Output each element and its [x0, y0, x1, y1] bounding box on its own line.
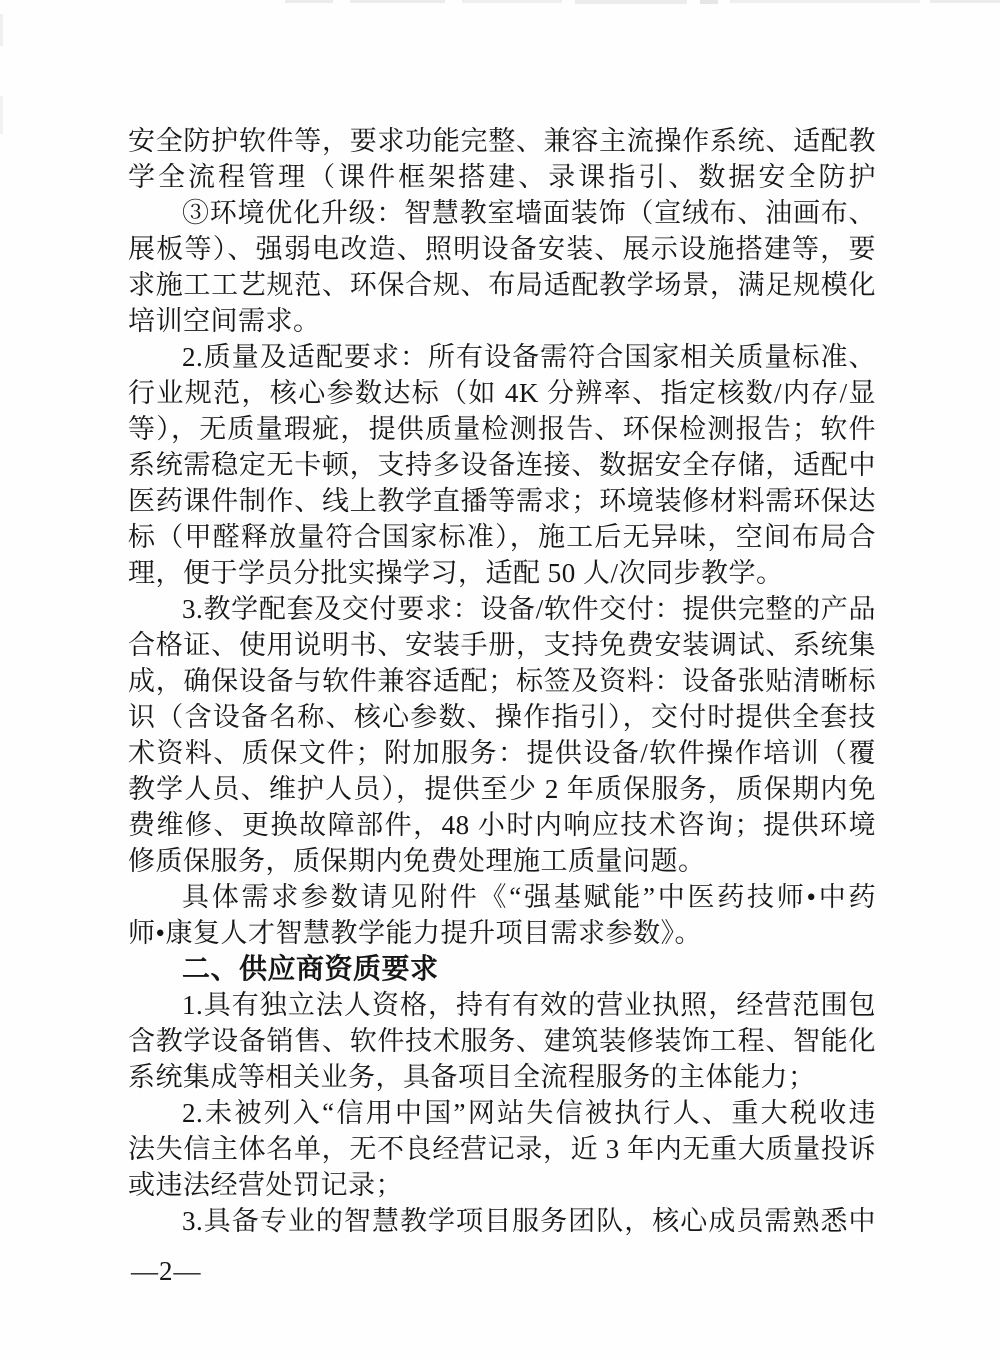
paragraph: 安全防护软件等，要求功能完整、兼容主流操作系统、适配教学全流程管理（课件框架搭建… — [128, 123, 876, 195]
text-line: 学全流程管理（课件框架搭建、录课指引、数据安全防护等）。 — [128, 159, 876, 195]
paragraph: ③环境优化升级：智慧教室墙面装饰（宣绒布、油画布、展板等）、强弱电改造、照明设备… — [128, 195, 876, 339]
text-line: 2.质量及适配要求：所有设备需符合国家相关质量标准、 — [128, 339, 876, 375]
scan-artifact — [0, 96, 3, 134]
scan-artifact — [930, 0, 1000, 3]
scan-artifact — [730, 0, 920, 3]
text-line: 医药课件制作、线上教学直播等需求；环境装修材料需环保达 — [128, 483, 876, 519]
text-line: 术资料、质保文件；附加服务：提供设备/软件操作培训（覆盖 — [128, 735, 876, 771]
text-line: 二、供应商资质要求 — [128, 951, 876, 987]
text-line: 求施工工艺规范、环保合规、布局适配教学场景，满足规模化 — [128, 267, 876, 303]
paragraph: 具体需求参数请见附件《“强基赋能”中医药技师•中药师•康复人才智慧教学能力提升项… — [128, 879, 876, 951]
text-line: 师•康复人才智慧教学能力提升项目需求参数》。 — [128, 915, 876, 951]
scan-artifact — [285, 0, 333, 3]
scan-artifact — [700, 0, 718, 4]
text-line: 系统集成等相关业务，具备项目全流程服务的主体能力； — [128, 1059, 876, 1095]
paragraph: 2.未被列入“信用中国”网站失信被执行人、重大税收违法失信主体名单，无不良经营记… — [128, 1095, 876, 1203]
text-line: 教学人员、维护人员），提供至少 2 年质保服务，质保期内免 — [128, 771, 876, 807]
text-line: 法失信主体名单，无不良经营记录，近 3 年内无重大质量投诉 — [128, 1131, 876, 1167]
scan-artifact — [0, 14, 3, 46]
text-line: 安全防护软件等，要求功能完整、兼容主流操作系统、适配教 — [128, 123, 876, 159]
text-line: 具体需求参数请见附件《“强基赋能”中医药技师•中药 — [128, 879, 876, 915]
text-line: 培训空间需求。 — [128, 303, 876, 339]
document-page: 安全防护软件等，要求功能完整、兼容主流操作系统、适配教学全流程管理（课件框架搭建… — [0, 0, 1000, 1361]
text-line: 成，确保设备与软件兼容适配；标签及资料：设备张贴清晰标 — [128, 663, 876, 699]
text-line: ③环境优化升级：智慧教室墙面装饰（宣绒布、油画布、 — [128, 195, 876, 231]
paragraph: 1.具有独立法人资格，持有有效的营业执照，经营范围包含教学设备销售、软件技术服务… — [128, 987, 876, 1095]
text-line: 费维修、更换故障部件，48 小时内响应技术咨询；提供环境装 — [128, 807, 876, 843]
paragraph: 3.具备专业的智慧教学项目服务团队，核心成员需熟悉中 — [128, 1203, 876, 1239]
text-line: 系统需稳定无卡顿，支持多设备连接、数据安全存储，适配中 — [128, 447, 876, 483]
document-content: 安全防护软件等，要求功能完整、兼容主流操作系统、适配教学全流程管理（课件框架搭建… — [128, 123, 876, 1239]
text-line: 3.具备专业的智慧教学项目服务团队，核心成员需熟悉中 — [128, 1203, 876, 1239]
page-number: —2— — [131, 1256, 202, 1287]
text-line: 或违法经营处罚记录； — [128, 1167, 876, 1203]
text-line: 1.具有独立法人资格，持有有效的营业执照，经营范围包 — [128, 987, 876, 1023]
text-line: 标（甲醛释放量符合国家标准），施工后无异味，空间布局合 — [128, 519, 876, 555]
text-line: 修质保服务，质保期内免费处理施工质量问题。 — [128, 843, 876, 879]
paragraph: 2.质量及适配要求：所有设备需符合国家相关质量标准、行业规范，核心参数达标（如 … — [128, 339, 876, 591]
section-heading: 二、供应商资质要求 — [128, 951, 876, 987]
scan-artifact — [575, 0, 687, 4]
text-line: 合格证、使用说明书、安装手册，支持免费安装调试、系统集 — [128, 627, 876, 663]
text-line: 展板等）、强弱电改造、照明设备安装、展示设施搭建等，要 — [128, 231, 876, 267]
paragraph: 3.教学配套及交付要求：设备/软件交付：提供完整的产品合格证、使用说明书、安装手… — [128, 591, 876, 879]
text-line: 识（含设备名称、核心参数、操作指引），交付时提供全套技 — [128, 699, 876, 735]
text-line: 行业规范，核心参数达标（如 4K 分辨率、指定核数/内存/显存 — [128, 375, 876, 411]
scan-artifact — [350, 0, 445, 3]
text-line: 3.教学配套及交付要求：设备/软件交付：提供完整的产品 — [128, 591, 876, 627]
scan-artifact — [462, 0, 562, 3]
text-line: 2.未被列入“信用中国”网站失信被执行人、重大税收违 — [128, 1095, 876, 1131]
text-line: 理，便于学员分批实操学习，适配 50 人/次同步教学。 — [128, 555, 876, 591]
text-line: 等），无质量瑕疵，提供质量检测报告、环保检测报告；软件 — [128, 411, 876, 447]
text-line: 含教学设备销售、软件技术服务、建筑装修装饰工程、智能化 — [128, 1023, 876, 1059]
